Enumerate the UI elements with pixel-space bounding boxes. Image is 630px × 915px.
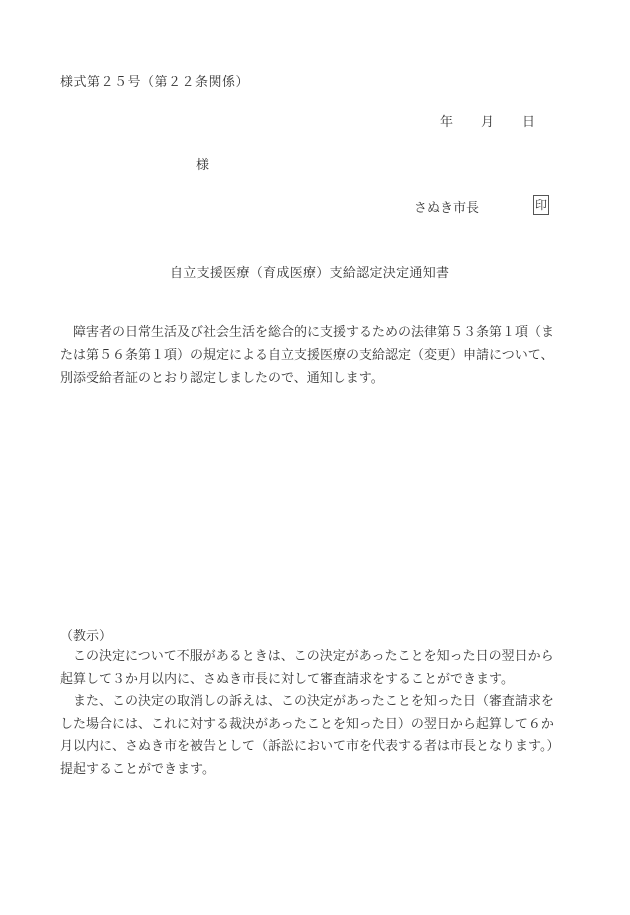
document-title: 自立支援医療（育成医療）支給認定決定通知書 — [170, 262, 449, 281]
body-line: 別添受給者証のとおり認定しましたので、通知します。 — [60, 367, 580, 390]
body-paragraph: 障害者の日常生活及び社会生活を総合的に支援するための法律第５３条第１項（ま たは… — [60, 321, 580, 390]
notice-line: この決定について不服があるときは、この決定があったことを知った日の翌日から — [60, 646, 580, 669]
notice-line: また、この決定の取消しの訴えは、この決定があったことを知った日（審査請求を — [60, 691, 580, 714]
notice-line: 提起することができます。 — [60, 759, 580, 782]
year-label: 年 — [440, 111, 453, 130]
notice-paragraphs: この決定について不服があるときは、この決定があったことを知った日の翌日から 起算… — [60, 646, 580, 781]
recipient-suffix: 様 — [196, 154, 209, 173]
month-label: 月 — [481, 111, 494, 130]
body-line: 障害者の日常生活及び社会生活を総合的に支援するための法律第５３条第１項（ま — [60, 321, 580, 344]
notice-line: 起算して３か月以内に、さぬき市長に対して審査請求をすることができます。 — [60, 669, 580, 692]
body-line: たは第５６条第１項）の規定による自立支援医療の支給認定（変更）申請について、 — [60, 344, 580, 367]
notice-heading: （教示） — [60, 625, 112, 644]
issuer-name: さぬき市長 — [414, 197, 479, 216]
form-number: 様式第２５号（第２２条関係） — [60, 71, 249, 90]
seal-stamp-icon: 印 — [533, 195, 549, 215]
notice-line: 月以内に、さぬき市を被告として（訴訟において市を代表する者は市長となります。） — [60, 736, 580, 759]
date-row: 年月日 — [440, 111, 535, 130]
notice-line: した場合には、これに対する裁決があったことを知った日）の翌日から起算して６か — [60, 714, 580, 737]
day-label: 日 — [522, 111, 535, 130]
